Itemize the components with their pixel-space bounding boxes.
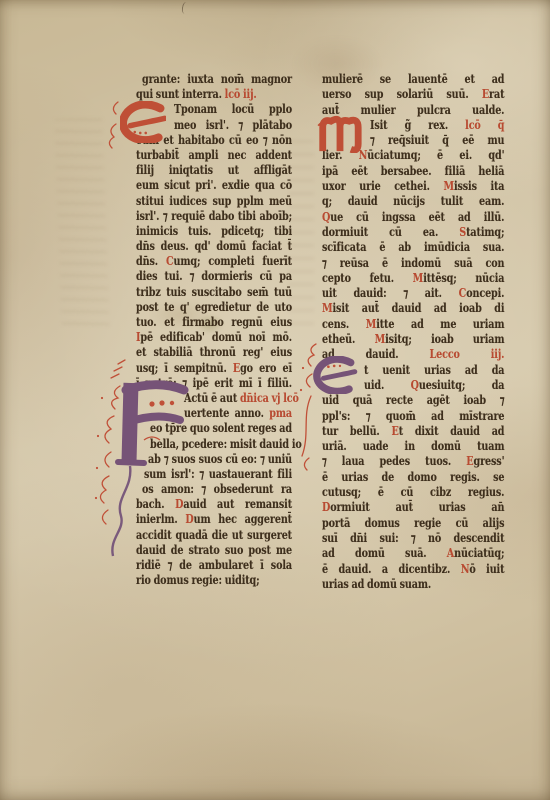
body-text: dauid de strato suo post me: [136, 543, 292, 557]
rubric-text: M: [443, 179, 454, 193]
body-text: uxor urie cethei.: [322, 179, 443, 193]
body-text: inimicis tuis. pdicetq; tibi: [136, 224, 292, 238]
manuscript-line: aut̄ mulier pulcra ualde.: [322, 103, 504, 118]
manuscript-line: eum sicut pri'. exdie qua cō: [136, 178, 292, 193]
body-text: dn̄s.: [136, 254, 166, 268]
show-through-ghost-text: [54, 117, 109, 334]
body-text: go ero eī: [240, 361, 292, 375]
manuscript-line: uerso sup solariū suū. Erat: [322, 87, 504, 102]
body-text: bach.: [136, 497, 175, 511]
manuscript-line: bella, pcedere: misit dauid io: [136, 437, 292, 452]
manuscript-line: eo tp̄re quo solent reges ad: [136, 421, 292, 436]
body-text: rio domus regie: uiditq;: [136, 573, 260, 587]
text-column-left: grante: iuxta nom̄ magnorqui sunt interr…: [136, 72, 292, 588]
body-text: ī patrē: ⁊ ipē erit mī ī filiū.: [136, 376, 292, 390]
body-text: turbabit̄ ampli nec addent: [136, 148, 292, 162]
manuscript-line: cutusq; ē cū cibz regius.: [322, 485, 504, 500]
body-text: issis ita: [454, 179, 504, 193]
body-text: isitq; ioab uriam: [385, 332, 504, 346]
rubric-text: M: [366, 317, 377, 331]
manuscript-line: ppl's: ⁊ quom̄ ad mīstrare: [322, 409, 504, 424]
body-text: uertente anno.: [184, 406, 269, 420]
manuscript-line: ab ⁊ suos suos cū eo: ⁊ uniū: [136, 452, 292, 467]
body-text: grante: iuxta nom̄ magnor: [142, 72, 292, 86]
body-text: ō iuit: [469, 562, 504, 576]
body-text: scīficata ē ab imūdicia sua.: [322, 240, 504, 254]
body-text: filij iniqtatis ut affligāt: [136, 163, 292, 177]
body-text: suī dn̄i sui: ⁊ nō descendit: [322, 531, 504, 545]
body-text: stitui iudices sup pplm meū: [136, 194, 292, 208]
rubric-text: N: [359, 148, 368, 162]
body-text: dn̄s deus. qd' domū faciat t̄: [136, 239, 292, 253]
rubric-text: Q: [411, 378, 419, 392]
manuscript-line: inimicis tuis. pdicetq; tibi: [136, 224, 292, 239]
manuscript-line: etheū. Misitq; ioab uriam: [322, 332, 504, 347]
body-text: usq; ī sempitnū.: [136, 361, 233, 375]
manuscript-page: grante: iuxta nom̄ magnorqui sunt interr…: [0, 0, 550, 800]
body-text: et stabiliā thronū reg' eius: [136, 345, 292, 359]
rubric-text: N: [461, 562, 470, 576]
manuscript-line: uriā. uade in domū tuam: [322, 439, 504, 454]
body-text: os amon: ⁊ obsederunt ra: [142, 482, 292, 496]
body-text: ⁊ laua pedes tuos.: [322, 454, 466, 468]
manuscript-line: qui sunt interra. lcō iij.: [136, 87, 292, 102]
manuscript-line: dies tui. ⁊ dormieris cū pa: [136, 269, 292, 284]
rubric-text: M: [413, 271, 424, 285]
rubric-text: M: [322, 301, 333, 315]
manuscript-line: Actū ē aut dn̄ica vj lcō: [136, 391, 292, 406]
body-text: ab ⁊ suos suos cū eo: ⁊ uniū: [148, 452, 292, 466]
body-text: uerso sup solariū suū.: [322, 87, 482, 101]
rubric-text: D: [175, 497, 183, 511]
body-text: isit aut̄ dauid ad ioab di: [333, 301, 505, 315]
body-text: ad domū suā.: [322, 546, 447, 560]
body-text: Actū ē aut: [184, 391, 240, 405]
manuscript-line: inierlm. Dum hec aggerent̄: [136, 512, 292, 527]
body-text: oncepi.: [466, 286, 504, 300]
body-text: ppl's: ⁊ quom̄ ad mīstrare: [322, 409, 504, 423]
body-text: inierlm.: [136, 512, 185, 526]
manuscript-line: bach. Dauid aut remansit: [136, 497, 292, 512]
body-text: lier.: [322, 148, 359, 162]
body-text: post te q' egredietur de uto: [136, 300, 292, 314]
manuscript-line: ē dauid. a dicentibz. Nō iuit: [322, 562, 504, 577]
body-text: ē urias de domo regis. se: [322, 470, 504, 484]
manuscript-line: ad dauid. Lecco iij.: [322, 347, 504, 362]
body-text: nūciatūq;: [454, 546, 504, 560]
manuscript-line: urias ad domū suam.: [322, 577, 504, 592]
body-text: meo isrl'. ⁊ plātabo: [174, 118, 292, 132]
manuscript-line: dn̄s deus. qd' domū faciat t̄: [136, 239, 292, 254]
body-text: urias ad domū suam.: [322, 577, 431, 591]
manuscript-line: Dormiuit aut̄ urias an̄: [322, 500, 504, 515]
manuscript-line: Isit g̃ rex. lcō q̄: [322, 118, 504, 133]
manuscript-line: scīficata ē ab imūdicia sua.: [322, 240, 504, 255]
manuscript-line: t uenit urias ad da: [322, 363, 504, 378]
body-text: Tponam locū pplo: [174, 102, 292, 116]
body-text: auid aut remansit: [183, 497, 292, 511]
manuscript-line: et stabiliā thronū reg' eius: [136, 345, 292, 360]
body-text: ipā eēt bersabee. filiā heliā: [322, 164, 504, 178]
body-text: cutusq; ē cū cibz regius.: [322, 485, 504, 499]
manuscript-line: sum isrl': ⁊ uastauerant fili: [136, 467, 292, 482]
manuscript-line: tuo. et firmabo regnū eius: [136, 315, 292, 330]
penwork-flourish-left-margin: [84, 358, 128, 573]
body-text: ē dauid. a dicentibz.: [322, 562, 461, 576]
manuscript-line: tribz tuis suscitabo sem̄ tuū: [136, 285, 292, 300]
manuscript-line: dauid de strato suo post me: [136, 543, 292, 558]
penwork-flourish-initial-e: [102, 96, 124, 156]
rubric-text: Lecco iij.: [429, 347, 504, 361]
body-text: q; dauid nūcijs tulit eam.: [322, 194, 504, 208]
body-text: ⁊ req̄siuit q̄ eē mu: [370, 133, 504, 147]
manuscript-line: ⁊ laua pedes tuos. Egress': [322, 454, 504, 469]
body-text: tuo. et firmabo regnū eius: [136, 315, 292, 329]
body-text: etheū.: [322, 332, 375, 346]
manuscript-line: uertente anno. pma: [136, 406, 292, 421]
manuscript-line: q; dauid nūcijs tulit eam.: [322, 194, 504, 209]
manuscript-line: Tponam locū pplo: [136, 102, 292, 117]
body-text: aut̄ mulier pulcra ualde.: [322, 103, 504, 117]
manuscript-line: stitui iudices sup pplm meū: [136, 194, 292, 209]
manuscript-line: ipā eēt bersabee. filiā heliā: [322, 164, 504, 179]
manuscript-line: usq; ī sempitnū. Ego ero eī: [136, 361, 292, 376]
body-text: sum isrl': ⁊ uastauerant fili: [144, 467, 292, 481]
manuscript-line: Misit aut̄ dauid ad ioab di: [322, 301, 504, 316]
manuscript-line: portā domus regie cū alijs: [322, 516, 504, 531]
manuscript-line: suī dn̄i sui: ⁊ nō descendit: [322, 531, 504, 546]
manuscript-line: meo isrl'. ⁊ plātabo: [136, 118, 292, 133]
text-column-right: mulierē se lauentē et aduerso sup solari…: [322, 72, 504, 592]
body-text: t uenit urias ad da: [364, 363, 504, 377]
manuscript-line: dormiuit cū ea. Statimq;: [322, 225, 504, 240]
body-text: um hec aggerent̄: [194, 512, 292, 526]
manuscript-line: uit dauid: ⁊ ait. Concepi.: [322, 286, 504, 301]
body-text: uit dauid: ⁊ ait.: [322, 286, 459, 300]
pen-trial-mark: [181, 2, 190, 15]
manuscript-line: uid quā recte agēt ioab ⁊: [322, 393, 504, 408]
body-text: accidit quadā die ut surgeret: [136, 528, 292, 542]
body-text: uid quā recte agēt ioab ⁊: [322, 393, 504, 407]
manuscript-line: dn̄s. Cumq; completi fuerīt: [136, 254, 292, 269]
rubric-text: lcō q̄: [465, 118, 504, 132]
rubric-text: pma: [269, 406, 292, 420]
manuscript-line: Ipē edificab' domū noī mō.: [136, 330, 292, 345]
manuscript-line: post te q' egredietur de uto: [136, 300, 292, 315]
body-text: ittēsq; nūcia: [423, 271, 504, 285]
body-text: umq; completi fuerīt: [173, 254, 292, 268]
body-text: dies tui. ⁊ dormieris cū pa: [136, 269, 292, 283]
body-text: tatimq;: [466, 225, 504, 239]
body-text: ūciatumq; ē ei. qd': [367, 148, 504, 162]
manuscript-line: cepto fetu. Mittēsq; nūcia: [322, 271, 504, 286]
rubric-text: D: [185, 512, 193, 526]
manuscript-line: tur bellū. Et dixit dauid ad: [322, 424, 504, 439]
manuscript-line: ridiē ⁊ de ambularet ī sola: [136, 558, 292, 573]
body-text: bella, pcedere: misit dauid io: [150, 437, 302, 451]
manuscript-line: turbabit̄ ampli nec addent: [136, 148, 292, 163]
body-text: ue cū ingssa eēt ad illū.: [330, 210, 504, 224]
body-text: dormiuit cū ea.: [322, 225, 459, 239]
body-text: tur bellū.: [322, 424, 391, 438]
body-text: qui sunt interra.: [136, 87, 225, 101]
manuscript-line: filij iniqtatis ut affligāt: [136, 163, 292, 178]
manuscript-line: lier. Nūciatumq; ē ei. qd': [322, 148, 504, 163]
manuscript-line: accidit quadā die ut surgeret: [136, 528, 292, 543]
manuscript-line: ī patrē: ⁊ ipē erit mī ī filiū.: [136, 376, 292, 391]
manuscript-line: uxor urie cethei. Missis ita: [322, 179, 504, 194]
rubric-text: E: [482, 87, 489, 101]
manuscript-line: grante: iuxta nom̄ magnor: [136, 72, 292, 87]
body-text: portā domus regie cū alijs: [322, 516, 504, 530]
rubric-text: dn̄ica vj lcō: [240, 391, 299, 405]
rubric-text: C: [166, 254, 174, 268]
body-text: cens.: [322, 317, 366, 331]
manuscript-line: mulierē se lauentē et ad: [322, 72, 504, 87]
body-text: uid.: [364, 378, 411, 392]
manuscript-line: ad domū suā. Anūciatūq;: [322, 546, 504, 561]
body-text: gress': [473, 454, 504, 468]
penwork-flourish-intercolumn: [294, 338, 322, 478]
manuscript-line: os amon: ⁊ obsederunt ra: [136, 482, 292, 497]
body-text: isrl'. ⁊ requiē dabo tibi aboīb;: [136, 209, 292, 223]
manuscript-line: eum et habitabo cū eo ⁊ nōn: [136, 133, 292, 148]
body-text: t dixit dauid ad: [399, 424, 505, 438]
rubric-text: lcō iij.: [225, 87, 257, 101]
rubric-text: E: [233, 361, 240, 375]
rubric-text: M: [375, 332, 386, 346]
body-text: uriā. uade in domū tuam: [322, 439, 504, 453]
manuscript-line: uid. Quesiuitq; da: [322, 378, 504, 393]
manuscript-line: Que cū ingssa eēt ad illū.: [322, 210, 504, 225]
body-text: Isit g̃ rex.: [370, 118, 465, 132]
body-text: pē edificab' domū noī mō.: [140, 330, 292, 344]
body-text: tribz tuis suscitabo sem̄ tuū: [136, 285, 292, 299]
rubric-text: D: [322, 500, 330, 514]
rubric-text: E: [391, 424, 398, 438]
manuscript-line: cens. Mitte ad me uriam: [322, 317, 504, 332]
body-text: rat: [489, 87, 504, 101]
body-text: eum et habitabo cū eo ⁊ nōn: [136, 133, 292, 147]
body-text: cepto fetu.: [322, 271, 413, 285]
manuscript-line: isrl'. ⁊ requiē dabo tibi aboīb;: [136, 209, 292, 224]
body-text: ridiē ⁊ de ambularet ī sola: [136, 558, 292, 572]
body-text: uesiuitq; da: [419, 378, 505, 392]
body-text: itte ad me uriam: [376, 317, 504, 331]
body-text: ⁊ reūsa ē indomū suā con: [322, 256, 504, 270]
body-text: mulierē se lauentē et ad: [322, 72, 504, 86]
body-text: eo tp̄re quo solent reges ad: [150, 421, 292, 435]
manuscript-line: rio domus regie: uiditq;: [136, 573, 292, 588]
body-text: eum sicut pri'. exdie qua cō: [136, 178, 292, 192]
rubric-text: Q: [322, 210, 330, 224]
manuscript-line: ⁊ req̄siuit q̄ eē mu: [322, 133, 504, 148]
manuscript-line: ē urias de domo regis. se: [322, 470, 504, 485]
body-text: ormiuit aut̄ urias an̄: [330, 500, 504, 514]
body-text: ad dauid.: [322, 347, 429, 361]
manuscript-line: ⁊ reūsa ē indomū suā con: [322, 256, 504, 271]
